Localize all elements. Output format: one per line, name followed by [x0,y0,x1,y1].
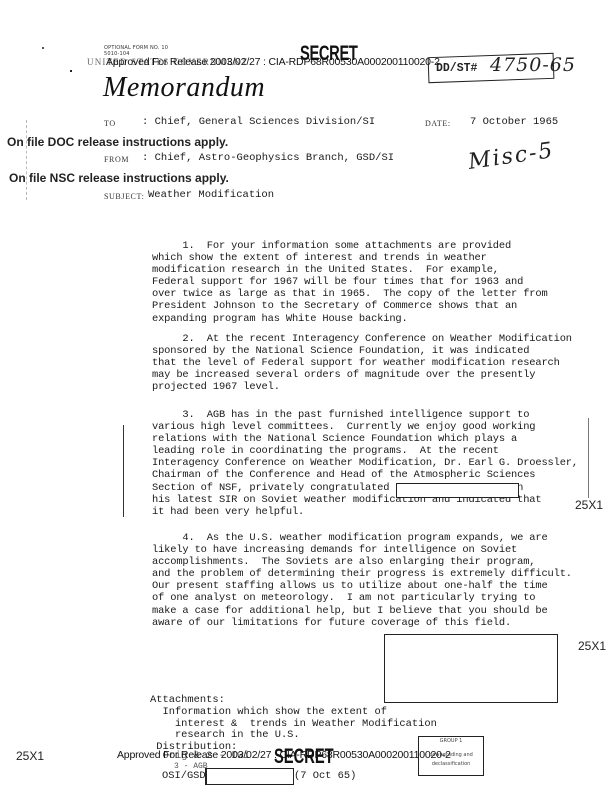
paragraph-2: 2. At the recent Interagency Conference … [152,333,572,393]
margin-bracket-left [123,425,124,517]
paragraph-1: 1. For your information some attachments… [152,240,548,325]
margin-bracket-right [588,418,589,498]
attachments-list: Information which show the extent of int… [150,707,437,742]
control-number-handwritten: 4750-65 [490,54,576,76]
redaction-code: 25X1 [578,639,606,653]
memo-title: Memorandum [103,72,265,104]
to-value: : Chief, General Sciences Division/SI [142,116,375,128]
redaction-box-name [396,483,519,498]
paragraph-4: 4. As the U.S. weather modification prog… [152,532,572,629]
scan-speck [70,70,72,72]
doc-release-note: On file DOC release instructions apply. [7,135,228,149]
paragraph-3: 3. AGB has in the past furnished intelli… [152,409,578,518]
group-stamp-line: declassification [419,760,483,769]
from-label: FROM [104,155,129,164]
nsc-release-note: On file NSC release instructions apply. [9,171,229,185]
to-label: TO [104,119,116,128]
redaction-code: 25X1 [16,749,44,763]
subject-value: Weather Modification [148,189,274,201]
date-label: DATE: [425,119,451,128]
attachments-label: Attachments: [150,695,225,707]
subject-label: SUBJECT: [104,192,144,201]
from-value: : Chief, Astro-Geophysics Branch, GSD/SI [142,152,394,164]
classification-bottom: SECRET [274,747,334,767]
redaction-box-signature [384,634,558,703]
redaction-code: 25X1 [575,498,603,512]
scan-speck [42,47,44,49]
control-stamp-label: DD/ST# [436,62,477,75]
redaction-box-originator [205,768,294,785]
handwritten-note: Misc-5 [467,138,556,175]
margin-line [26,120,27,200]
release-stamp-top: Approved For Release 2003/02/27 : CIA-RD… [106,56,440,68]
date-value: 7 October 1965 [470,116,558,128]
originator-date: (7 Oct 65) [294,771,356,783]
